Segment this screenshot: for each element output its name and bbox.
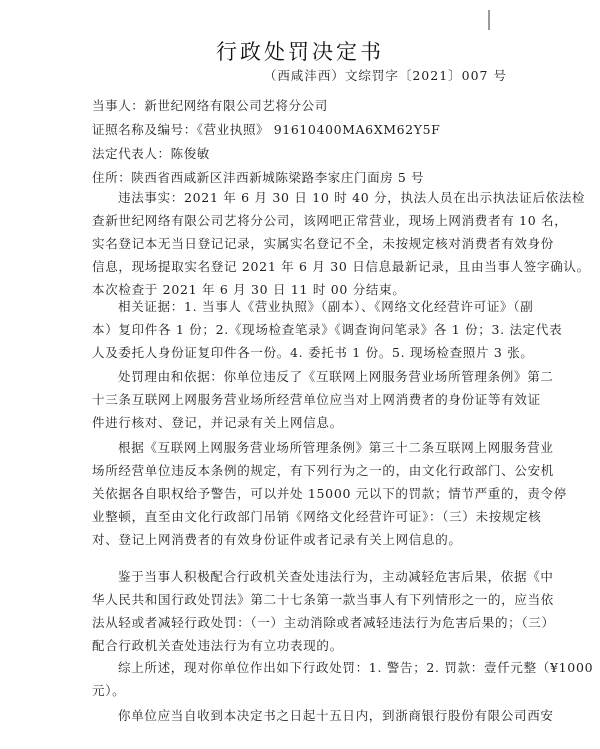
text-line: 对、登记上网消费者的有效身份证件或者记录有关上网信息的。 bbox=[92, 528, 534, 551]
paragraph-reason: 处罚理由和依据：你单位违反了《互联网上网服务营业场所管理条例》第二 十三条互联网… bbox=[92, 365, 534, 434]
paragraph-legal-basis: 根据《互联网上网服务营业场所管理条例》第三十二条互联网上网服务营业 场所经营单位… bbox=[92, 436, 534, 551]
text-line: 法从轻或者减轻行政处罚：（一）主动消除或者减轻违法行为危害后果的；（三） bbox=[92, 611, 534, 634]
text-line: 配合行政机关查处违法行为有立功表现的。 bbox=[92, 634, 534, 657]
text-line: 人及委托人身份证复印件各一份。4. 委托书 1 份。5. 现场检查照片 3 张。 bbox=[92, 341, 534, 364]
paragraph-payment: 你单位应当自收到本决定书之日起十五日内，到浙商银行股份有限公司西安 bbox=[92, 704, 534, 727]
text-line: 根据《互联网上网服务营业场所管理条例》第三十二条互联网上网服务营业 bbox=[92, 436, 534, 459]
text-line: 业整顿，直至由文化行政部门吊销《网络文化经营许可证》：（三）未按规定核 bbox=[92, 505, 534, 528]
party-field: 当事人：新世纪网络有限公司艺将分公司 bbox=[92, 96, 328, 114]
paragraph-facts: 违法事实：2021 年 6 月 30 日 10 时 40 分，执法人员在出示执法… bbox=[92, 186, 534, 301]
text-line: 相关证据：1. 当事人《营业执照》（副本）、《网络文化经营许可证》（副 bbox=[92, 295, 534, 318]
paragraph-decision: 综上所述，现对你单位作出如下行政处罚：1. 警告；2. 罚款：壹仟元整（¥100… bbox=[92, 656, 534, 702]
address-field: 住所：陕西省西咸新区沣西新城陈梁路李家庄门面房 5 号 bbox=[92, 168, 424, 186]
text-line: 实名登记本无当日登记记录，实属实名登记不全，未按规定核对消费者有效身份 bbox=[92, 232, 534, 255]
text-line: 场所经营单位违反本条例的规定，有下列行为之一的，由文化行政部门、公安机 bbox=[92, 459, 534, 482]
text-line: 你单位应当自收到本决定书之日起十五日内，到浙商银行股份有限公司西安 bbox=[92, 704, 534, 727]
paragraph-mitigation: 鉴于当事人积极配合行政机关查处违法行为，主动减轻危害后果，依据《中 华人民共和国… bbox=[92, 565, 534, 657]
text-line: 件进行核对、登记，并记录有关上网信息。 bbox=[92, 411, 534, 434]
text-line: 元）。 bbox=[92, 679, 534, 702]
paragraph-evidence: 相关证据：1. 当事人《营业执照》（副本）、《网络文化经营许可证》（副 本）复印… bbox=[92, 295, 534, 364]
text-line: 本）复印件各 1 份；2.《现场检查笔录》《调查询问笔录》各 1 份；3. 法定… bbox=[92, 318, 534, 341]
pen-mark bbox=[488, 10, 490, 30]
document-number: （西咸沣西）文综罚字〔2021〕007 号 bbox=[264, 66, 507, 84]
legal-rep-field: 法定代表人：陈俊敏 bbox=[92, 144, 210, 162]
text-line: 关依据各自职权给予警告，可以并处 15000 元以下的罚款；情节严重的，责令停 bbox=[92, 482, 534, 505]
text-line: 综上所述，现对你单位作出如下行政处罚：1. 警告；2. 罚款：壹仟元整（¥100… bbox=[92, 656, 534, 679]
text-line: 违法事实：2021 年 6 月 30 日 10 时 40 分，执法人员在出示执法… bbox=[92, 186, 534, 209]
text-line: 信息，现场提取实名登记 2021 年 6 月 30 日信息最新记录，且由当事人签… bbox=[92, 255, 534, 278]
license-field: 证照名称及编号：《营业执照》 91610400MA6XM62Y5F bbox=[92, 120, 440, 138]
document-title: 行政处罚决定书 bbox=[0, 36, 600, 66]
text-line: 鉴于当事人积极配合行政机关查处违法行为，主动减轻危害后果，依据《中 bbox=[92, 565, 534, 588]
text-line: 十三条互联网上网服务营业场所经营单位应当对上网消费者的身份证等有效证 bbox=[92, 388, 534, 411]
text-line: 查新世纪网络有限公司艺将分公司，该网吧正常营业，现场上网消费者有 10 名， bbox=[92, 209, 534, 232]
text-line: 处罚理由和依据：你单位违反了《互联网上网服务营业场所管理条例》第二 bbox=[92, 365, 534, 388]
text-line: 华人民共和国行政处罚法》第二十七条第一款当事人有下列情形之一的，应当依 bbox=[92, 588, 534, 611]
